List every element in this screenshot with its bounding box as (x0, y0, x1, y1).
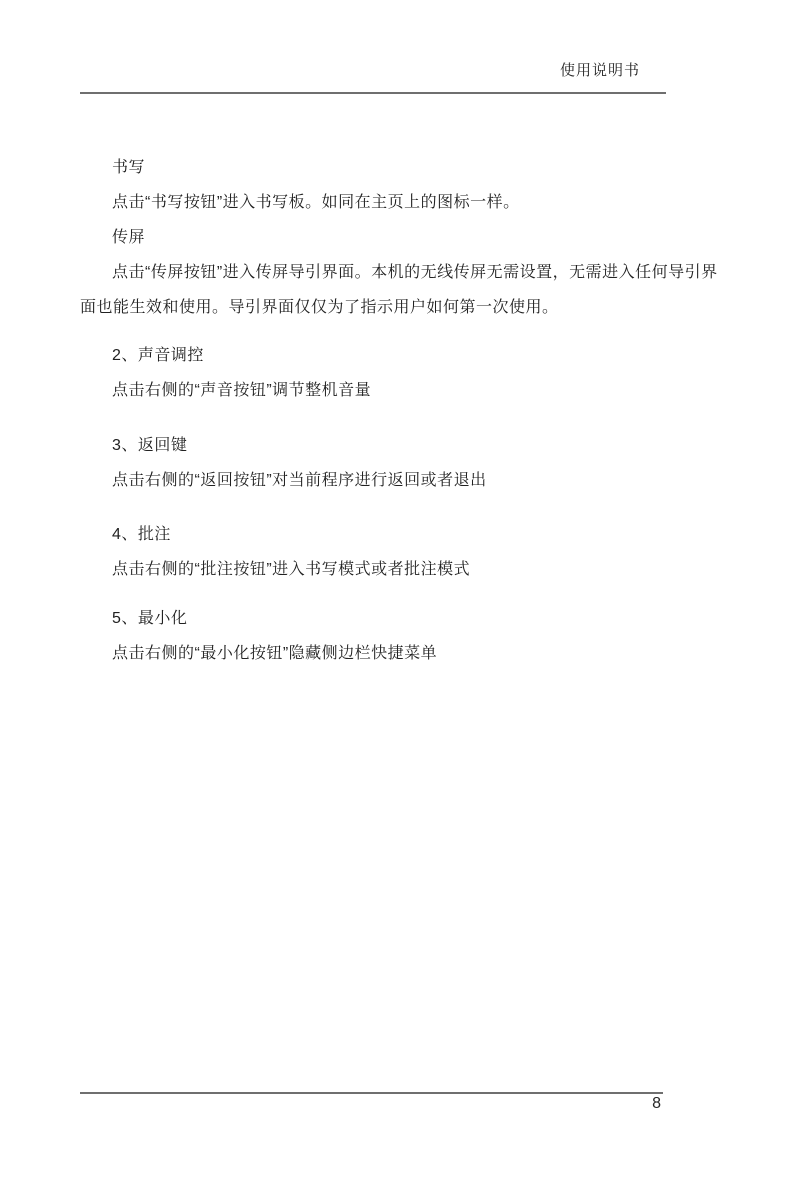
header-title: 使用说明书 (80, 62, 640, 80)
manual-page: 使用说明书 书写 点击“书写按钮”进入书写板。如同在主页上的图标一样。 传屏 点… (0, 0, 791, 1182)
subsection-title-writing: 书写 (80, 150, 680, 185)
header-rule (80, 92, 666, 94)
section-heading-back: 3、返回键 (80, 428, 680, 463)
footer-rule (80, 1092, 663, 1094)
paragraph-screencast-line-1: 点击“传屏按钮”进入传屏导引界面。本机的无线传屏无需设置，无需进入任何导引界 (80, 255, 680, 290)
paragraph-volume: 点击右侧的“声音按钮”调节整机音量 (80, 373, 680, 408)
section-heading-volume: 2、声音调控 (80, 338, 680, 373)
paragraph-screencast-line-2: 面也能生效和使用。导引界面仅仅为了指示用户如何第一次使用。 (80, 290, 680, 325)
page-body: 书写 点击“书写按钮”进入书写板。如同在主页上的图标一样。 传屏 点击“传屏按钮… (80, 150, 680, 671)
section-heading-annotate: 4、批注 (80, 517, 680, 552)
page-number: 8 (80, 1095, 661, 1113)
paragraph-minimize: 点击右侧的“最小化按钮”隐藏侧边栏快捷菜单 (80, 636, 680, 671)
paragraph-back: 点击右侧的“返回按钮”对当前程序进行返回或者退出 (80, 463, 680, 498)
section-heading-minimize: 5、最小化 (80, 601, 680, 636)
paragraph-writing: 点击“书写按钮”进入书写板。如同在主页上的图标一样。 (80, 185, 680, 220)
subsection-title-screencast: 传屏 (80, 220, 680, 255)
paragraph-annotate: 点击右侧的“批注按钮”进入书写模式或者批注模式 (80, 552, 680, 587)
